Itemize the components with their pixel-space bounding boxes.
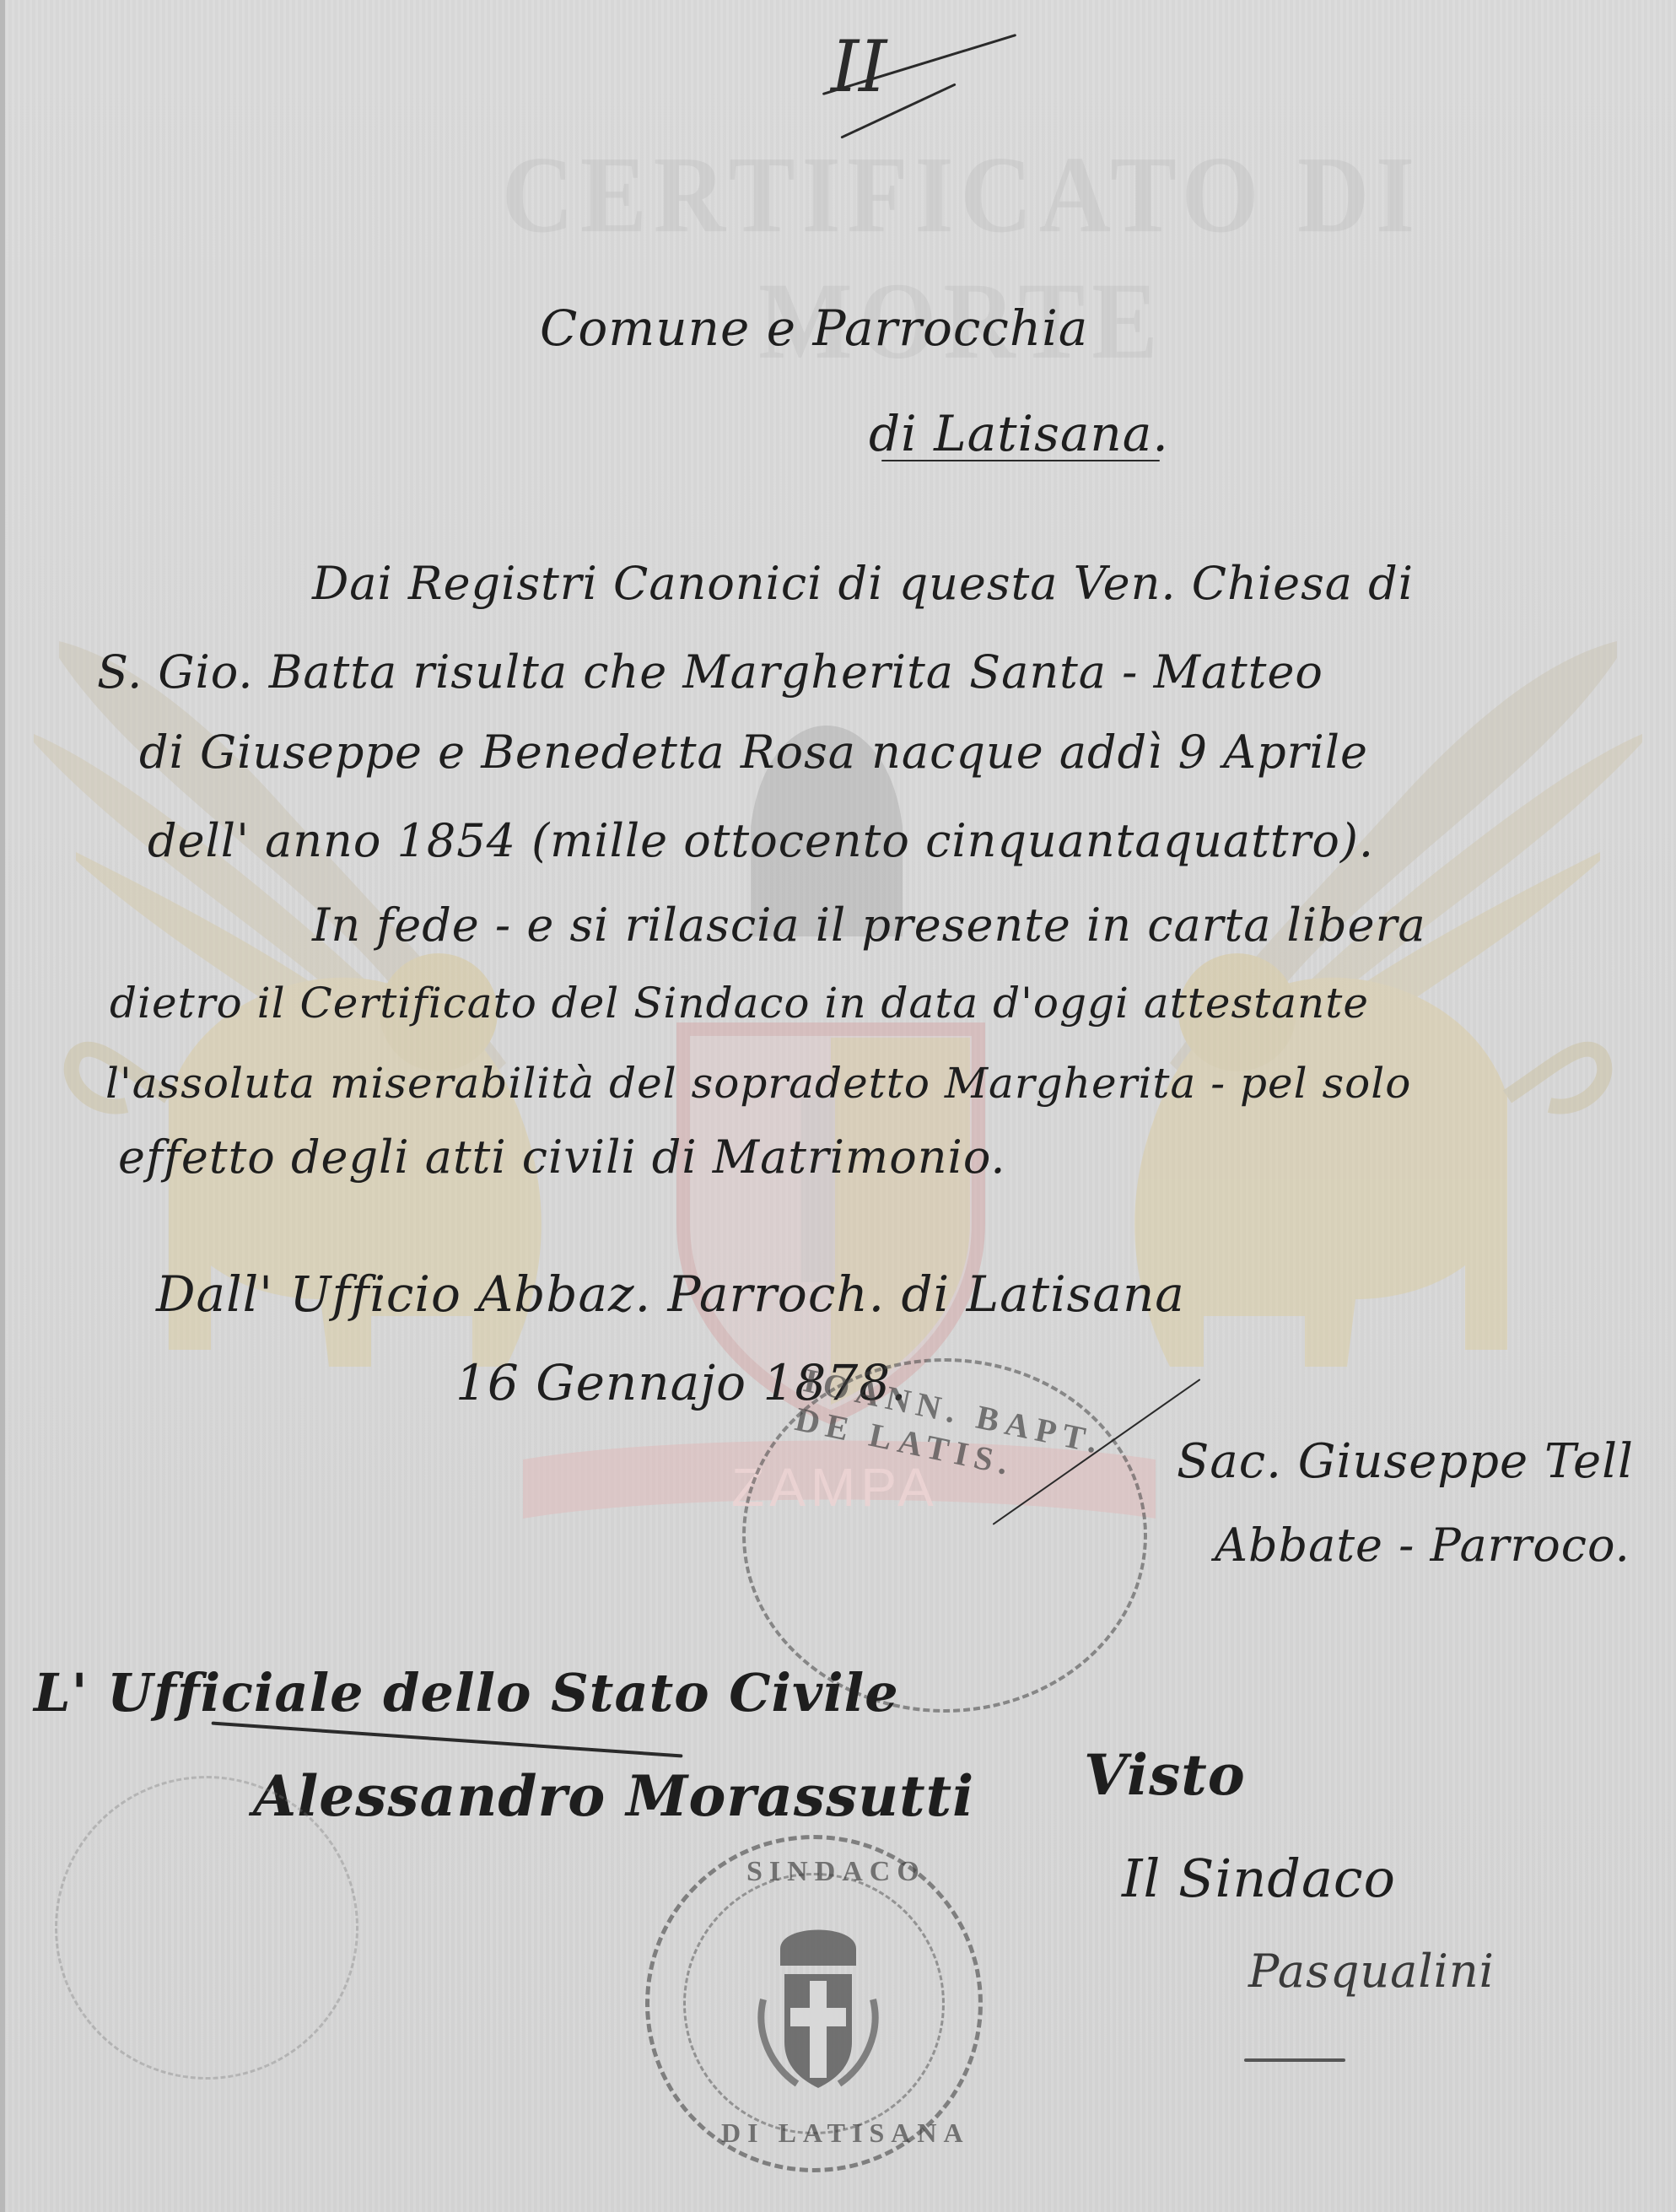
mayor-title: Il Sindaco xyxy=(1122,1848,1396,1909)
left-faint-stamp xyxy=(55,1776,358,2080)
mayor-stamp-bottom: DI LATISANA xyxy=(721,2118,970,2149)
body-line-5: In fede - e si rilascia il presente in c… xyxy=(312,898,1426,952)
page-mark: II xyxy=(831,25,887,108)
body-line-7: l'assoluta miserabilità del sopradetto M… xyxy=(105,1059,1411,1108)
heading-line-1: Comune e Parrocchia xyxy=(540,299,1088,357)
mayor-stamp: SINDACO DI LATISANA xyxy=(645,1835,983,2172)
parish-stamp: IOANN. BAPT. DE LATIS. xyxy=(742,1358,1147,1713)
civil-officer-signature: Alessandro Morassutti xyxy=(253,1763,974,1829)
heading-underline xyxy=(881,460,1160,461)
heading-line-2: di Latisana. xyxy=(869,405,1169,462)
body-line-2: S. Gio. Batta risulta che Margherita San… xyxy=(97,645,1323,699)
body-line-1: Dai Registri Canonici di questa Ven. Chi… xyxy=(312,557,1414,610)
mayor-signature-flourish xyxy=(1244,2058,1345,2062)
mayor-stamp-top: SINDACO xyxy=(746,1856,926,1888)
mayor-signature: Pasqualini xyxy=(1248,1945,1495,1998)
civil-officer-title: L' Ufficiale dello Stato Civile xyxy=(34,1662,899,1724)
body-line-3: di Giuseppe e Benedetta Rosa nacque addì… xyxy=(139,726,1368,779)
priest-signature: Sac. Giuseppe Tell xyxy=(1177,1434,1634,1489)
scan-edge xyxy=(0,0,5,2212)
body-line-4: dell' anno 1854 (mille ottocento cinquan… xyxy=(148,814,1374,867)
body-line-8: effetto degli atti civili di Matrimonio. xyxy=(118,1130,1006,1184)
savoy-cross-crest-icon xyxy=(746,1907,890,2101)
priest-title: Abbate - Parroco. xyxy=(1215,1519,1630,1572)
mayor-visto: Visto xyxy=(1084,1742,1246,1808)
closing-place: Dall' Ufficio Abbaz. Parroch. di Latisan… xyxy=(156,1265,1185,1323)
body-line-6: dietro il Certificato del Sindaco in dat… xyxy=(110,979,1369,1028)
